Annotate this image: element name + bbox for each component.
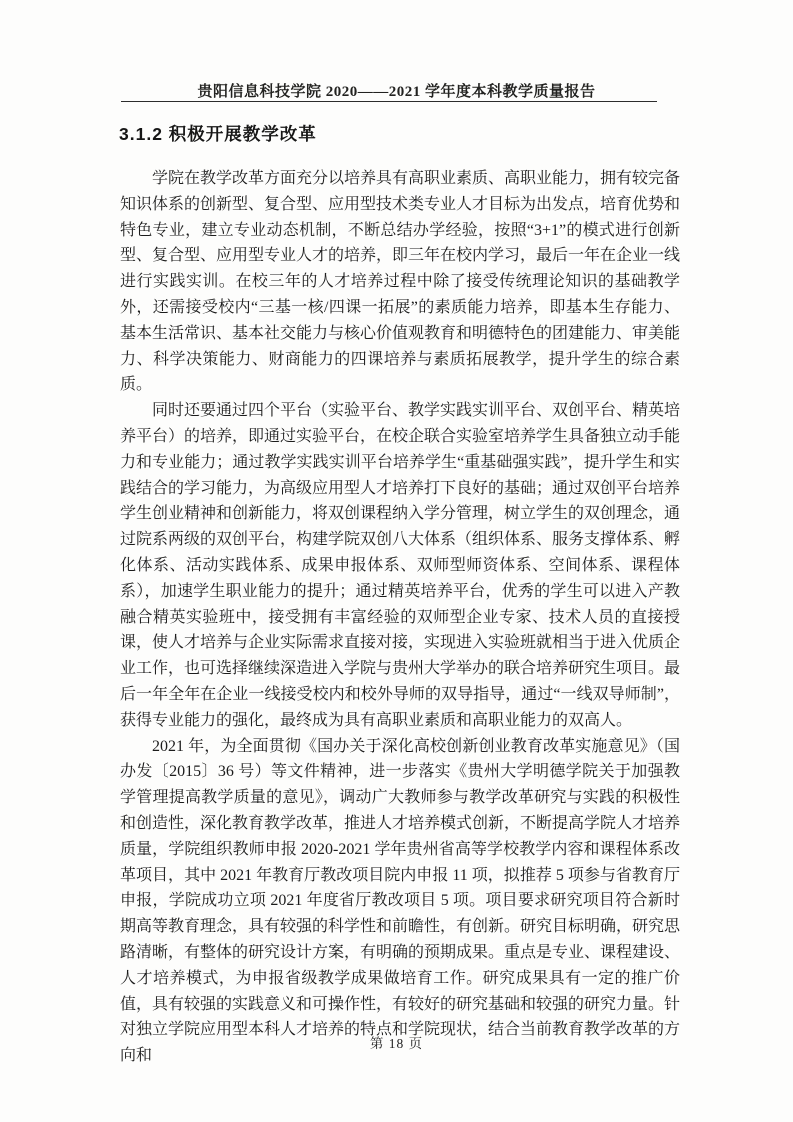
section-heading: 3.1.2 积极开展教学改革 xyxy=(119,121,317,146)
running-header-title: 贵阳信息科技学院 2020——2021 学年度本科教学质量报告 xyxy=(0,80,793,101)
page-footer: 第 18 页 xyxy=(0,1032,793,1053)
header-rule-divider xyxy=(121,101,657,102)
page-number: 第 18 页 xyxy=(370,1032,423,1052)
document-body: 学院在教学改革方面充分以培养具有高职业素质、高职业能力，拥有较完备知识体系的创新… xyxy=(120,166,680,1069)
body-paragraph-2: 同时还要通过四个平台（实验平台、教学实践实训平台、双创平台、精英培养平台）的培养… xyxy=(120,398,680,733)
document-page: 贵阳信息科技学院 2020——2021 学年度本科教学质量报告 3.1.2 积极… xyxy=(0,0,793,1122)
body-paragraph-3: 2021 年，为全面贯彻《国办关于深化高校创新创业教育改革实施意见》（国办发〔2… xyxy=(120,734,680,1069)
body-paragraph-1: 学院在教学改革方面充分以培养具有高职业素质、高职业能力，拥有较完备知识体系的创新… xyxy=(120,166,680,398)
